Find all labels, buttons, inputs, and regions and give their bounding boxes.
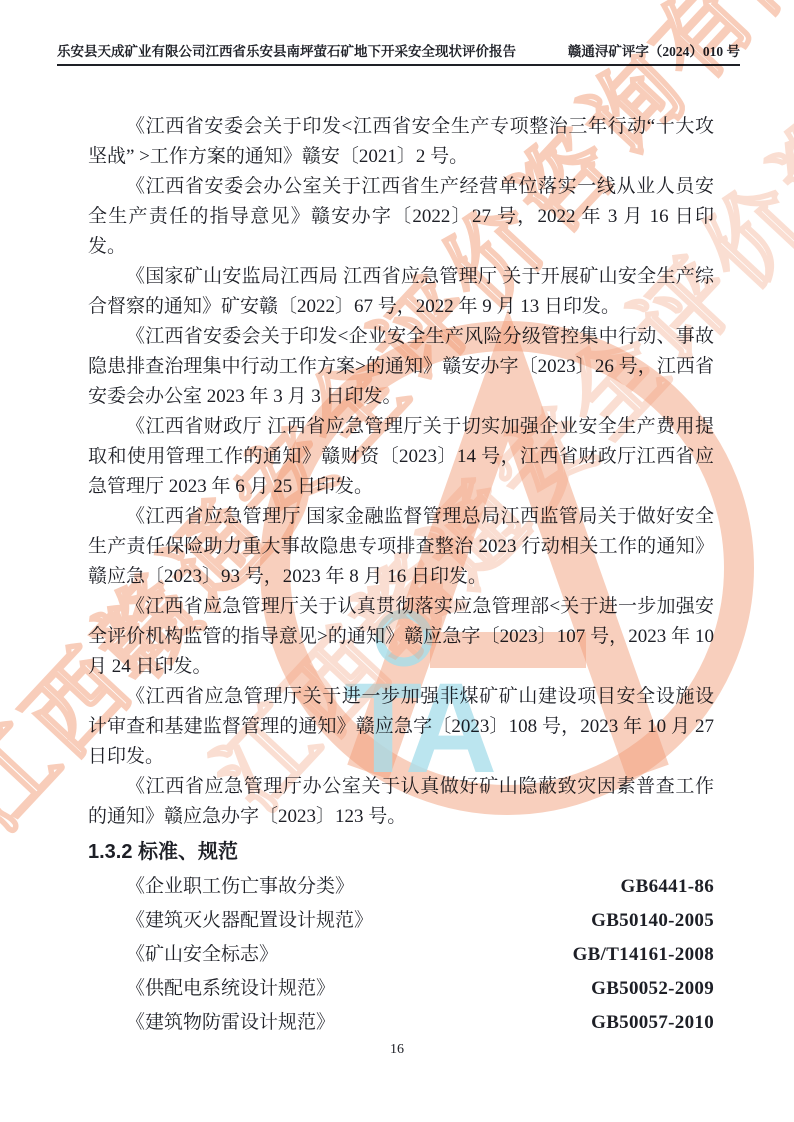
standard-code: GB50052-2009 bbox=[591, 972, 714, 1006]
paragraph: 《江西省安委会办公室关于江西省生产经营单位落实一线从业人员安全生产责任的指导意见… bbox=[88, 172, 714, 262]
document-page: 乐安县天成矿业有限公司江西省乐安县南坪萤石矿地下开采安全现状评价报告 赣通浔矿评… bbox=[0, 0, 794, 1122]
paragraph: 《江西省应急管理厅关于认真贯彻落实应急管理部<关于进一步加强安全评价机构监管的指… bbox=[88, 592, 714, 682]
standard-row: 《供配电系统设计规范》GB50052-2009 bbox=[88, 972, 714, 1006]
standard-code: GB/T14161-2008 bbox=[573, 938, 714, 972]
page-number: 16 bbox=[390, 1042, 404, 1057]
standard-code: GB6441-86 bbox=[621, 870, 714, 904]
standard-title: 《矿山安全标志》 bbox=[88, 938, 278, 972]
document-body: 《江西省安委会关于印发<江西省安全生产专项整治三年行动“十大攻坚战” >工作方案… bbox=[88, 76, 714, 1040]
standard-code: GB50057-2010 bbox=[591, 1006, 714, 1040]
standard-title: 《企业职工伤亡事故分类》 bbox=[88, 870, 354, 904]
paragraph: 《江西省安委会关于印发<江西省安全生产专项整治三年行动“十大攻坚战” >工作方案… bbox=[88, 112, 714, 172]
header-row: 乐安县天成矿业有限公司江西省乐安县南坪萤石矿地下开采安全现状评价报告 赣通浔矿评… bbox=[57, 42, 740, 62]
paragraph: 《江西省应急管理厅关于进一步加强非煤矿矿山建设项目安全设施设计审查和基建监督管理… bbox=[88, 682, 714, 772]
section-heading: 1.3.2 标准、规范 bbox=[88, 837, 714, 867]
standard-code: GB50140-2005 bbox=[591, 904, 714, 938]
paragraph: 《国家矿山安监局江西局 江西省应急管理厅 关于开展矿山安全生产综合督察的通知》矿… bbox=[88, 262, 714, 322]
header-report-title: 乐安县天成矿业有限公司江西省乐安县南坪萤石矿地下开采安全现状评价报告 bbox=[57, 42, 516, 62]
standard-title: 《建筑灭火器配置设计规范》 bbox=[88, 904, 373, 938]
paragraph: 《江西省应急管理厅办公室关于认真做好矿山隐蔽致灾因素普查工作的通知》赣应急办字〔… bbox=[88, 772, 714, 832]
paragraph-list: 《江西省安委会关于印发<江西省安全生产专项整治三年行动“十大攻坚战” >工作方案… bbox=[88, 112, 714, 832]
standard-row: 《建筑灭火器配置设计规范》GB50140-2005 bbox=[88, 904, 714, 938]
paragraph: 《江西省安委会关于印发<企业安全生产风险分级管控集中行动、事故隐患排查治理集中行… bbox=[88, 322, 714, 412]
page-footer: 16 bbox=[0, 1042, 794, 1058]
header-document-number: 赣通浔矿评字（2024）010 号 bbox=[568, 42, 740, 62]
standard-row: 《企业职工伤亡事故分类》GB6441-86 bbox=[88, 870, 714, 904]
standard-title: 《建筑物防雷设计规范》 bbox=[88, 1006, 335, 1040]
paragraph: 《江西省财政厅 江西省应急管理厅关于切实加强企业安全生产费用提取和使用管理工作的… bbox=[88, 412, 714, 502]
standard-title: 《供配电系统设计规范》 bbox=[88, 972, 335, 1006]
standard-row: 《建筑物防雷设计规范》GB50057-2010 bbox=[88, 1006, 714, 1040]
standards-list: 《企业职工伤亡事故分类》GB6441-86《建筑灭火器配置设计规范》GB5014… bbox=[88, 870, 714, 1040]
standard-row: 《矿山安全标志》GB/T14161-2008 bbox=[88, 938, 714, 972]
page-header: 乐安县天成矿业有限公司江西省乐安县南坪萤石矿地下开采安全现状评价报告 赣通浔矿评… bbox=[57, 42, 740, 66]
paragraph: 《江西省应急管理厅 国家金融监督管理总局江西监管局关于做好安全生产责任保险助力重… bbox=[88, 502, 714, 592]
header-divider bbox=[57, 64, 740, 66]
